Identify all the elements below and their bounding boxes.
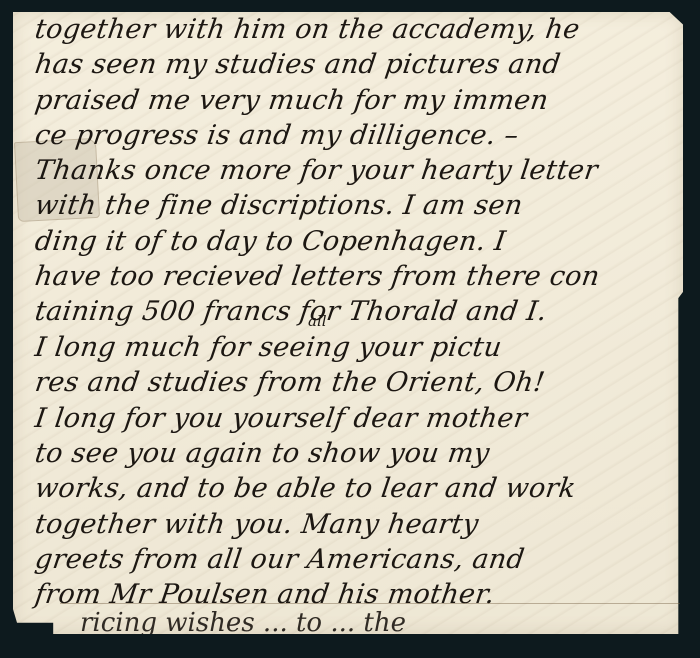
letter-line-8: have too recieved letters from there con [33, 261, 602, 292]
letter-line-15: together with you. Many hearty [33, 509, 481, 540]
partial-bottom-line: ricing wishes ... to ... the [80, 608, 406, 634]
letter-line-13: to see you again to show you my [33, 438, 492, 469]
letter-line-3: praised me very much for my immen [33, 85, 550, 116]
letter-line-10: I long much for seeing your pictu [33, 332, 504, 363]
letter-line-9: taining 500 francs for Thorald and I. [33, 296, 549, 327]
letter-line-6: with the fine discriptions. I am sen [33, 190, 525, 221]
letter-line-12: I long for you yourself dear mother [33, 403, 529, 434]
letter-line-5: Thanks once more for your hearty letter [33, 155, 600, 186]
letter-line-1: together with him on the accademy, he [33, 14, 582, 45]
letter-line-17: from Mr Poulsen and his mother. [33, 579, 497, 610]
letter-line-7: ding it of to day to Copenhagen. I [33, 226, 508, 257]
scan-background: together with him on the accademy, he ha… [0, 0, 700, 658]
letter-page: together with him on the accademy, he ha… [13, 12, 683, 634]
fold-edge [60, 603, 680, 604]
letter-line-16: greets from all our Americans, and [33, 544, 526, 575]
letter-line-2: has seen my studies and pictures and [33, 49, 562, 80]
letter-line-14: works, and to be able to lear and work [33, 473, 578, 504]
letter-line-4: ce progress is and my dilligence. – [33, 120, 521, 151]
letter-line-11: res and studies from the Orient, Oh! [33, 367, 547, 398]
inserted-word: all [308, 312, 327, 330]
